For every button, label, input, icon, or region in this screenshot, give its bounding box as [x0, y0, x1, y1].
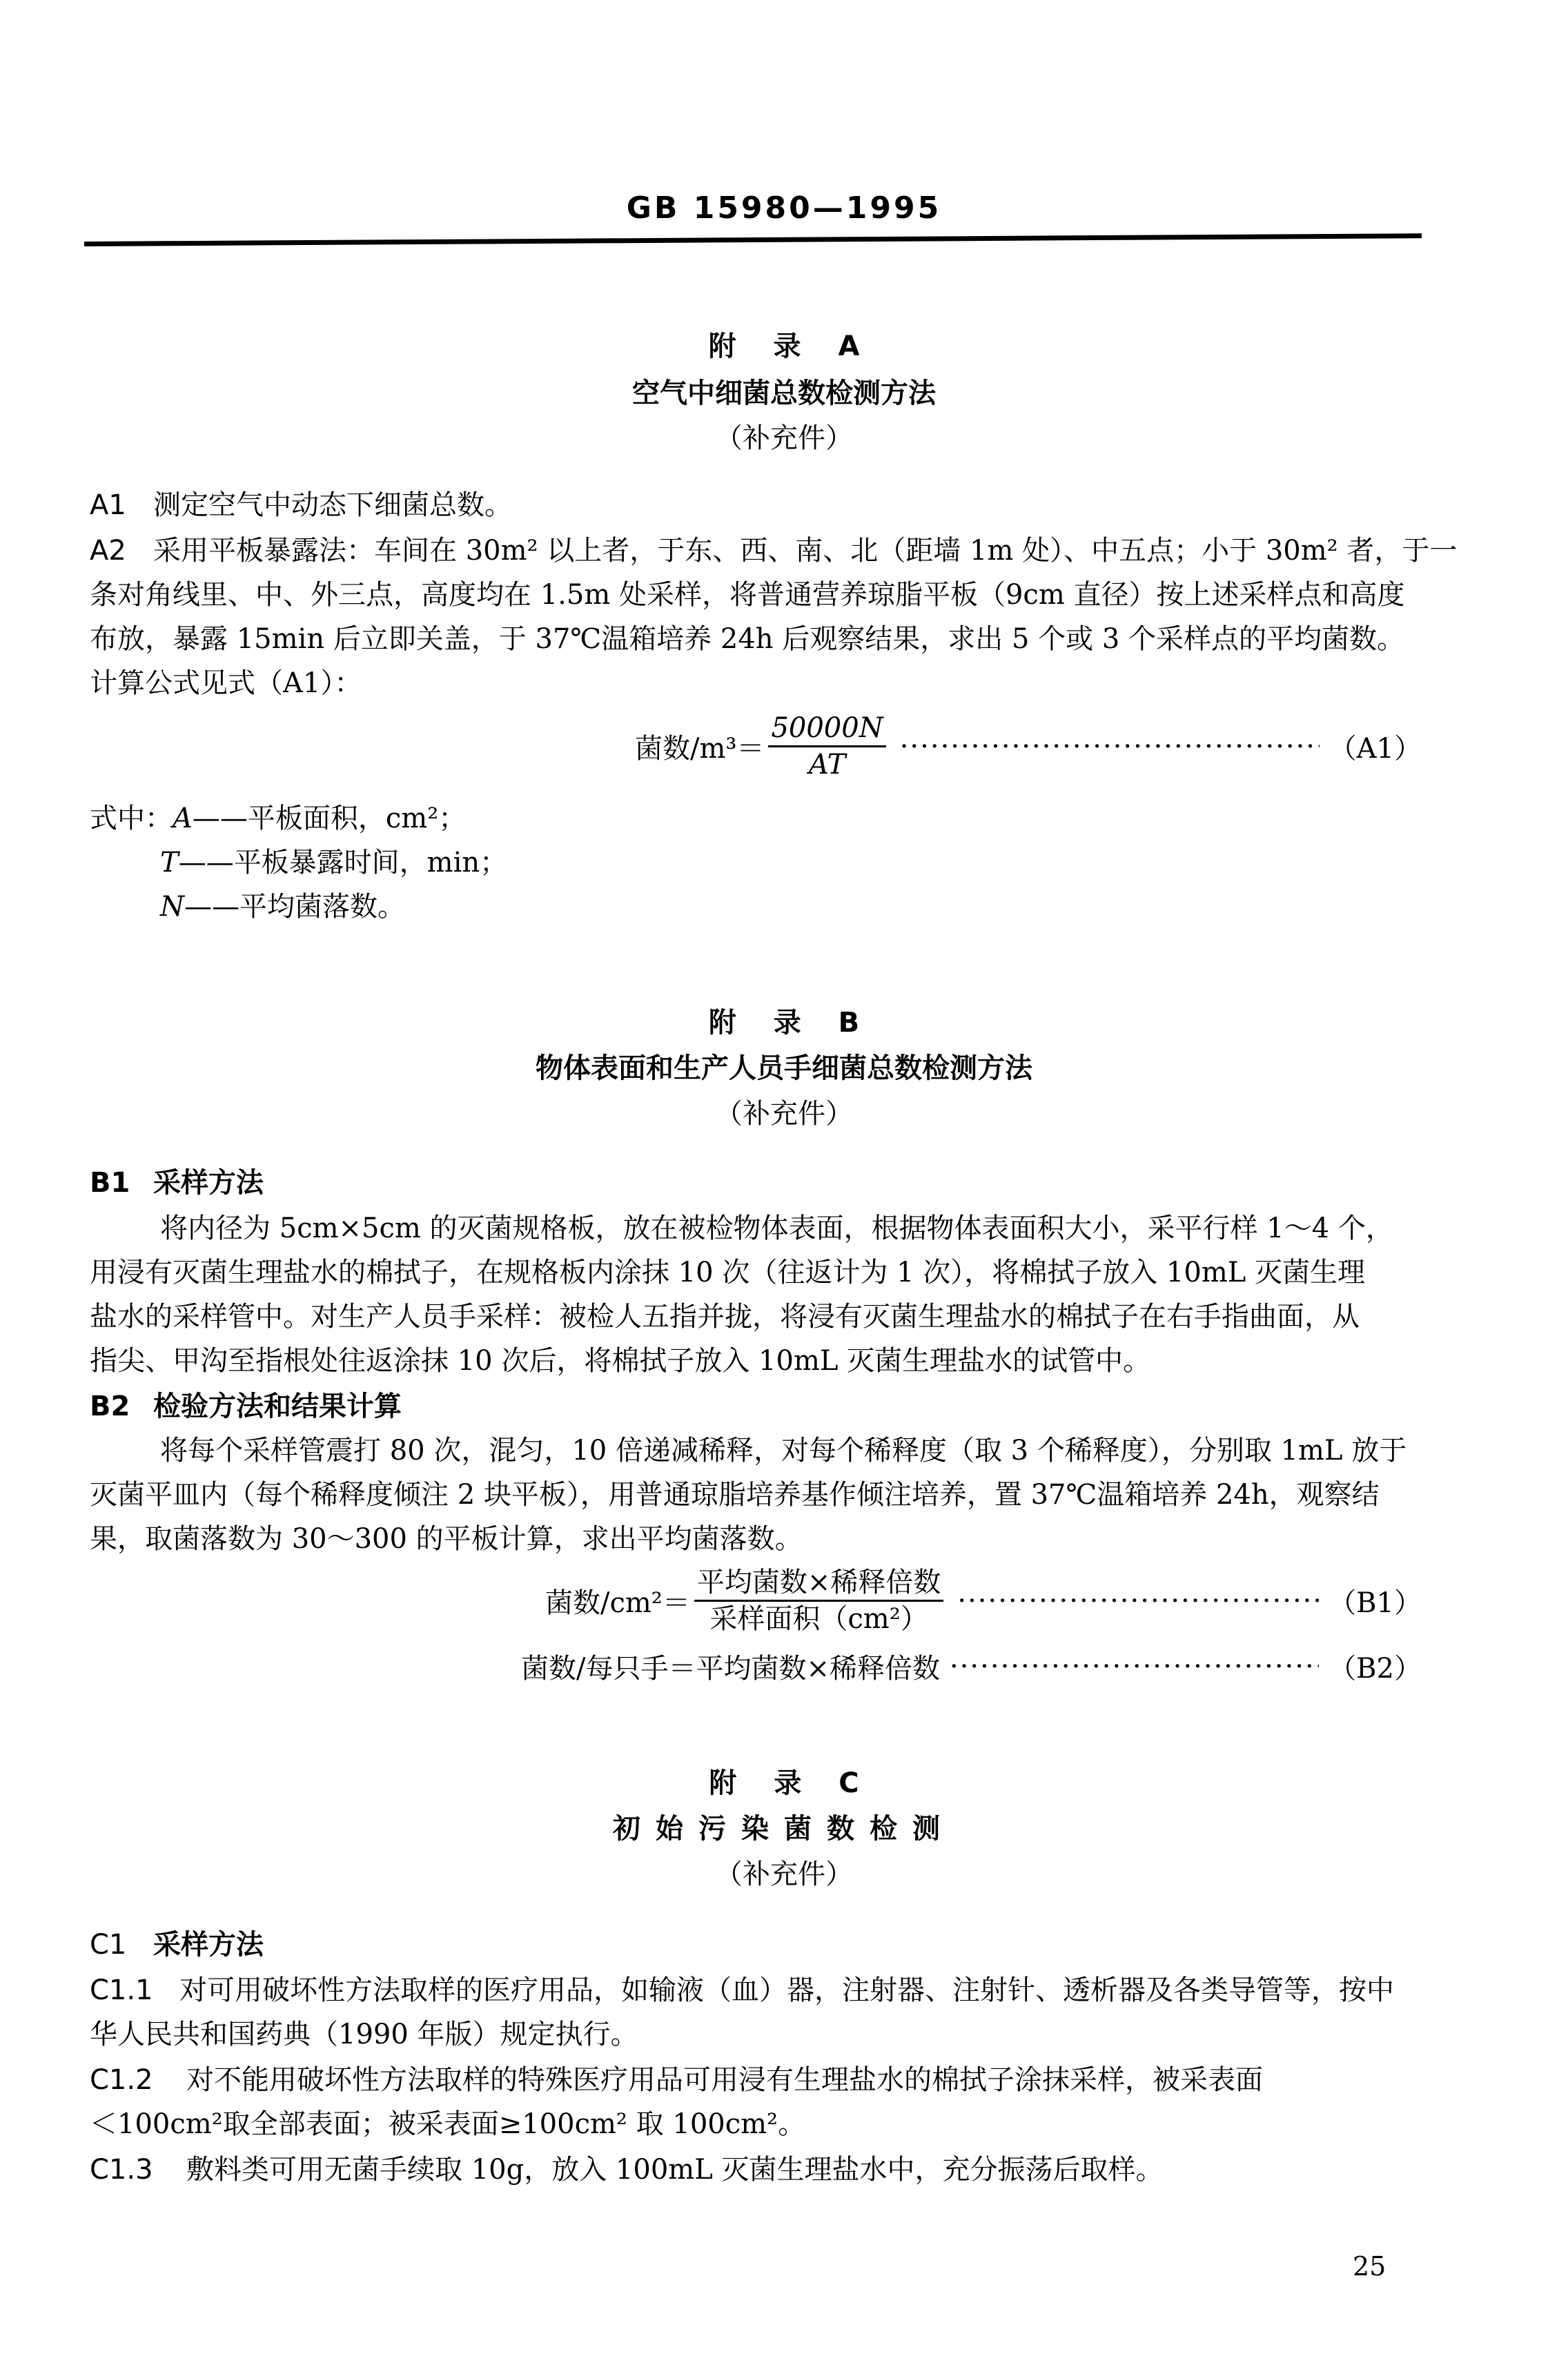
formula-b2: 菌数/每只手＝平均菌数×稀释倍数 ·······················…	[521, 1647, 1422, 1686]
formula-denominator: 采样面积（cm²）	[707, 1602, 930, 1636]
clause-number: B1	[90, 1164, 153, 1202]
leader-dots: ········································…	[957, 1585, 1319, 1617]
clause-heading: 检验方法和结果计算	[153, 1391, 402, 1422]
clause-text: 对可用破坏性方法取样的医疗用品，如输液（血）器，注射器、注射针、透析器及各类导管…	[179, 1974, 1394, 2006]
formula-numerator: 50000N	[768, 711, 885, 747]
appendix-a-subtitle: （补充件）	[0, 416, 1568, 455]
page-number: 25	[1353, 2251, 1386, 2282]
formula-fraction: 50000N AT	[768, 711, 885, 782]
clause-heading: 采样方法	[153, 1929, 264, 1961]
appendix-b-title: 物体表面和生产人员手细菌总数检测方法	[0, 1046, 1568, 1086]
leader-dots: ········································…	[950, 1651, 1319, 1683]
clause-a2-line-3: 布放，暴露 15min 后立即关盖，于 37℃温箱培养 24h 后观察结果，求出…	[90, 620, 1477, 658]
clause-a1: A1测定空气中动态下细菌总数。	[90, 486, 1477, 524]
clause-number: A1	[90, 486, 153, 524]
appendix-b-label: 附 录 B	[0, 1001, 1568, 1040]
where-item-t: T——平板暴露时间，min；	[160, 843, 1547, 882]
clause-b2-line-3: 果，取菌落数为 30～300 的平板计算，求出平均菌落数。	[90, 1520, 1477, 1558]
clause-b1-line-2: 用浸有灭菌生理盐水的棉拭子，在规格板内涂抹 10 次（往返计为 1 次），将棉拭…	[90, 1253, 1477, 1292]
formula-denominator: AT	[806, 747, 848, 782]
clause-number: C1.3	[90, 2150, 186, 2189]
appendix-b-subtitle: （补充件）	[0, 1092, 1568, 1131]
appendix-a-label: 附 录 A	[0, 324, 1568, 364]
symbol: T	[160, 847, 179, 879]
clause-number: C1	[90, 1925, 153, 1964]
header-rule	[84, 233, 1422, 246]
clause-c1-2-line-2: ＜100cm²取全部表面；被采表面≥100cm² 取 100cm²。	[90, 2105, 1477, 2144]
standard-code-header: GB 15980—1995	[0, 190, 1568, 226]
clause-c1-1-line-2: 华人民共和国药典（1990 年版）规定执行。	[90, 2015, 1477, 2054]
symbol: A	[173, 803, 193, 834]
clause-b2-line-1: 将每个采样管震打 80 次，混匀，10 倍递减稀释，对每个稀释度（取 3 个稀释…	[160, 1431, 1547, 1470]
leader-dots: ········································…	[900, 731, 1320, 763]
where-item-n: N——平均菌落数。	[160, 887, 1547, 926]
clause-text: 敷料类可用无菌手续取 10g，放入 100mL 灭菌生理盐水中，充分振荡后取样。	[186, 2154, 1164, 2186]
symbol-definition: ——平均菌落数。	[184, 891, 405, 923]
where-prefix: 式中：	[90, 803, 173, 834]
clause-b1-line-1: 将内径为 5cm×5cm 的灭菌规格板，放在被检物体表面，根据物体表面积大小，采…	[160, 1209, 1547, 1248]
clause-a2-line-2: 条对角线里、中、外三点，高度均在 1.5m 处采样，将普通营养琼脂平板（9cm …	[90, 576, 1477, 614]
formula-tag: （B2）	[1329, 1647, 1422, 1686]
clause-b2-line-2: 灭菌平皿内（每个稀释度倾注 2 块平板），用普通琼脂培养基作倾注培养，置 37℃…	[90, 1475, 1477, 1514]
formula-b1: 菌数/cm²＝ 平均菌数×稀释倍数 采样面积（cm²） ············…	[545, 1565, 1422, 1636]
clause-b2-heading: B2检验方法和结果计算	[90, 1387, 1477, 1426]
formula-fraction: 平均菌数×稀释倍数 采样面积（cm²）	[694, 1565, 944, 1636]
clause-b1-line-3: 盐水的采样管中。对生产人员手采样：被检人五指并拢，将浸有灭菌生理盐水的棉拭子在右…	[90, 1297, 1477, 1336]
clause-b1-heading: B1采样方法	[90, 1164, 1477, 1202]
formula-text: 菌数/每只手＝平均菌数×稀释倍数	[521, 1647, 940, 1686]
clause-number: A2	[90, 531, 153, 570]
symbol-definition: ——平板面积，cm²；	[193, 803, 466, 834]
clause-c1-1-line-1: C1.1对可用破坏性方法取样的医疗用品，如输液（血）器，注射器、注射针、透析器及…	[90, 1971, 1477, 2010]
clause-number: C1.1	[90, 1971, 179, 2010]
clause-number: B2	[90, 1387, 153, 1426]
clause-text: 对不能用破坏性方法取样的特殊医疗用品可用浸有生理盐水的棉拭子涂抹采样，被采表面	[186, 2064, 1263, 2096]
clause-b1-line-4: 指尖、甲沟至指根处往返涂抹 10 次后，将棉拭子放入 10mL 灭菌生理盐水的试…	[90, 1342, 1477, 1380]
clause-text: 测定空气中动态下细菌总数。	[153, 489, 512, 521]
symbol-definition: ——平板暴露时间，min；	[179, 847, 507, 879]
clause-heading: 采样方法	[153, 1167, 264, 1199]
formula-lhs: 菌数/cm²＝	[545, 1581, 690, 1620]
formula-tag: （B1）	[1329, 1581, 1422, 1620]
clause-number: C1.2	[90, 2061, 186, 2099]
formula-lhs: 菌数/m³＝	[635, 727, 764, 766]
clause-c1-2-line-1: C1.2对不能用破坏性方法取样的特殊医疗用品可用浸有生理盐水的棉拭子涂抹采样，被…	[90, 2061, 1477, 2099]
symbol: N	[160, 891, 184, 923]
formula-tag: （A1）	[1329, 727, 1422, 766]
clause-c1-heading: C1采样方法	[90, 1925, 1477, 1964]
appendix-c-title: 初始污染菌数检测	[0, 1807, 1568, 1846]
appendix-c-label: 附 录 C	[0, 1761, 1568, 1801]
appendix-a-title: 空气中细菌总数检测方法	[0, 371, 1568, 411]
formula-numerator: 平均菌数×稀释倍数	[694, 1565, 944, 1602]
formula-a1: 菌数/m³＝ 50000N AT ·······················…	[635, 711, 1422, 782]
clause-a2-line-1: A2采用平板暴露法：车间在 30m² 以上者，于东、西、南、北（距墙 1m 处）…	[90, 531, 1477, 570]
appendix-c-subtitle: （补充件）	[0, 1852, 1568, 1892]
clause-c1-3: C1.3敷料类可用无菌手续取 10g，放入 100mL 灭菌生理盐水中，充分振荡…	[90, 2150, 1477, 2189]
clause-a2-line-4: 计算公式见式（A1）：	[90, 664, 1477, 703]
clause-text: 采用平板暴露法：车间在 30m² 以上者，于东、西、南、北（距墙 1m 处）、中…	[153, 535, 1457, 567]
where-item-a: 式中：A——平板面积，cm²；	[90, 799, 1477, 838]
